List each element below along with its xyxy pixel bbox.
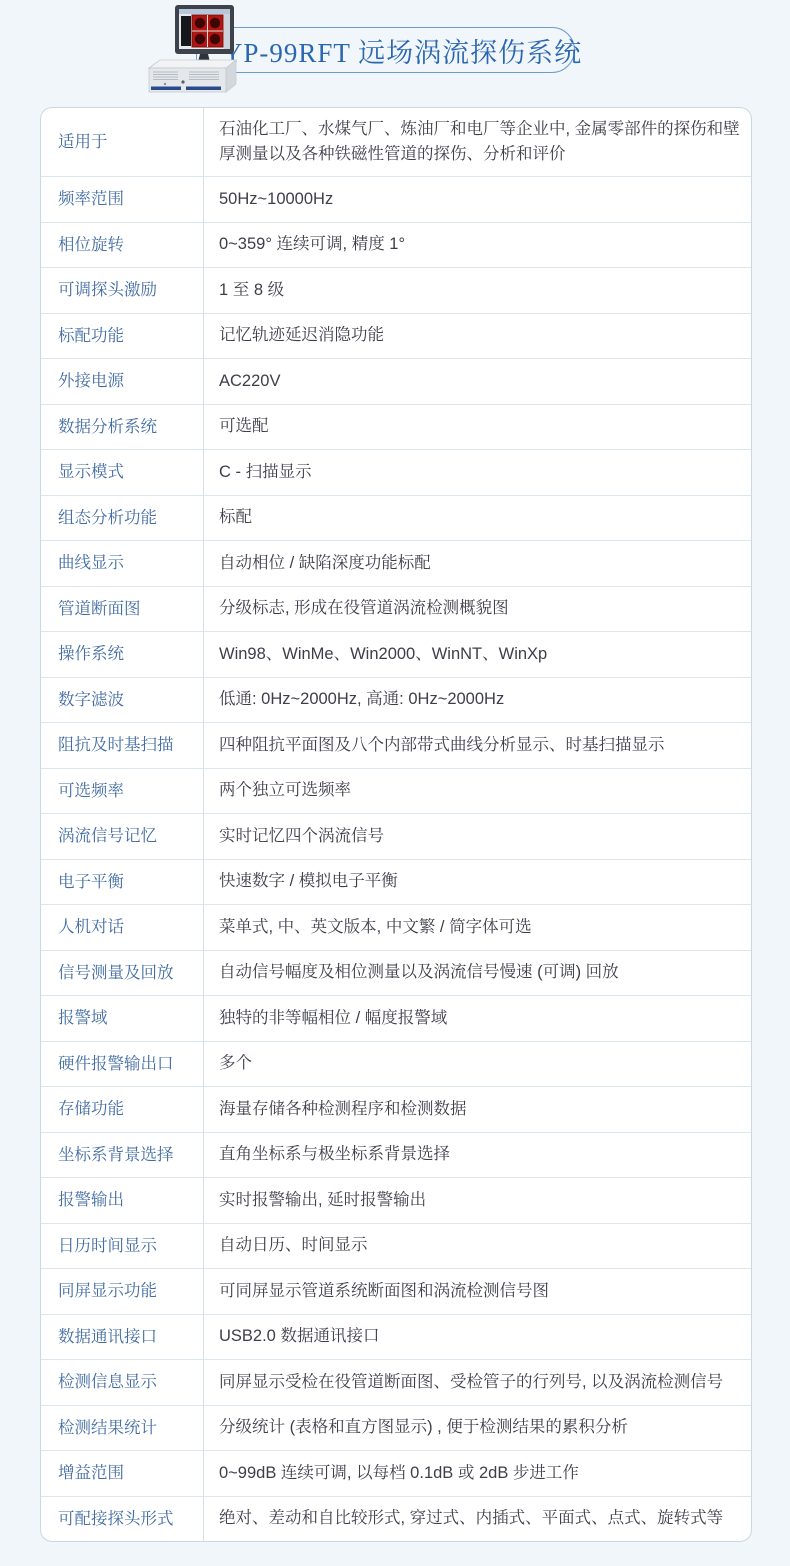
spec-row: 电子平衡快速数字 / 模拟电子平衡 [41, 859, 751, 905]
spec-label: 管道断面图 [41, 587, 204, 632]
spec-label: 相位旋转 [41, 223, 204, 268]
spec-value: 分级统计 (表格和直方图显示) , 便于检测结果的累积分析 [204, 1406, 751, 1451]
spec-label: 日历时间显示 [41, 1224, 204, 1269]
spec-label: 存储功能 [41, 1087, 204, 1132]
spec-value: 石油化工厂、水煤气厂、炼油厂和电厂等企业中, 金属零部件的探伤和壁厚测量以及各种… [204, 108, 751, 176]
spec-label: 曲线显示 [41, 541, 204, 586]
spec-value: 多个 [204, 1042, 751, 1087]
spec-row: 报警域独特的非等幅相位 / 幅度报警域 [41, 995, 751, 1041]
spec-value: 直角坐标系与极坐标系背景选择 [204, 1133, 751, 1178]
spec-row: 报警输出实时报警输出, 延时报警输出 [41, 1177, 751, 1223]
spec-label: 组态分析功能 [41, 496, 204, 541]
spec-row: 曲线显示自动相位 / 缺陷深度功能标配 [41, 540, 751, 586]
spec-row: 检测信息显示同屏显示受检在役管道断面图、受检管子的行列号, 以及涡流检测信号 [41, 1359, 751, 1405]
spec-row: 涡流信号记忆实时记忆四个涡流信号 [41, 813, 751, 859]
spec-row: 增益范围0~99dB 连续可调, 以每档 0.1dB 或 2dB 步进工作 [41, 1450, 751, 1496]
spec-row: 适用于石油化工厂、水煤气厂、炼油厂和电厂等企业中, 金属零部件的探伤和壁厚测量以… [41, 108, 751, 176]
spec-label: 标配功能 [41, 314, 204, 359]
header: YP-99RFT 远场涡流探伤系统 [0, 0, 790, 107]
spec-row: 坐标系背景选择直角坐标系与极坐标系背景选择 [41, 1132, 751, 1178]
spec-label: 数字滤波 [41, 678, 204, 723]
spec-value: 实时报警输出, 延时报警输出 [204, 1178, 751, 1223]
spec-value: 可选配 [204, 405, 751, 450]
spec-value: 分级标志, 形成在役管道涡流检测概貌图 [204, 587, 751, 632]
monitor-icon [175, 5, 234, 65]
spec-row: 可配接探头形式绝对、差动和自比较形式, 穿过式、内插式、平面式、点式、旋转式等 [41, 1496, 751, 1542]
product-spec-page: YP-99RFT 远场涡流探伤系统 [0, 0, 790, 107]
spec-row: 组态分析功能标配 [41, 495, 751, 541]
instrument-device-icon [145, 4, 239, 96]
spec-table: 适用于石油化工厂、水煤气厂、炼油厂和电厂等企业中, 金属零部件的探伤和壁厚测量以… [40, 107, 752, 1542]
spec-label: 可选频率 [41, 769, 204, 814]
spec-label: 检测结果统计 [41, 1406, 204, 1451]
instrument-box-icon [149, 60, 236, 92]
spec-value: 0~99dB 连续可调, 以每档 0.1dB 或 2dB 步进工作 [204, 1451, 751, 1496]
spec-label: 显示模式 [41, 450, 204, 495]
spec-row: 存储功能海量存储各种检测程序和检测数据 [41, 1086, 751, 1132]
spec-value: 低通: 0Hz~2000Hz, 高通: 0Hz~2000Hz [204, 678, 751, 723]
spec-label: 同屏显示功能 [41, 1269, 204, 1314]
spec-label: 操作系统 [41, 632, 204, 677]
spec-row: 阻抗及时基扫描四种阻抗平面图及八个内部带式曲线分析显示、时基扫描显示 [41, 722, 751, 768]
spec-row: 外接电源AC220V [41, 358, 751, 404]
spec-value: Win98、WinMe、Win2000、WinNT、WinXp [204, 632, 751, 677]
spec-label: 数据分析系统 [41, 405, 204, 450]
spec-value: 记忆轨迹延迟消隐功能 [204, 314, 751, 359]
spec-row: 标配功能记忆轨迹延迟消隐功能 [41, 313, 751, 359]
spec-label: 阻抗及时基扫描 [41, 723, 204, 768]
spec-label: 人机对话 [41, 905, 204, 950]
spec-value: 海量存储各种检测程序和检测数据 [204, 1087, 751, 1132]
spec-row: 可调探头激励1 至 8 级 [41, 267, 751, 313]
spec-label: 可配接探头形式 [41, 1497, 204, 1542]
spec-value: 实时记忆四个涡流信号 [204, 814, 751, 859]
spec-label: 频率范围 [41, 177, 204, 222]
spec-label: 坐标系背景选择 [41, 1133, 204, 1178]
spec-row: 数据分析系统可选配 [41, 404, 751, 450]
spec-value: 四种阻抗平面图及八个内部带式曲线分析显示、时基扫描显示 [204, 723, 751, 768]
spec-row: 硬件报警输出口多个 [41, 1041, 751, 1087]
spec-value: 1 至 8 级 [204, 268, 751, 313]
spec-row: 同屏显示功能可同屏显示管道系统断面图和涡流检测信号图 [41, 1268, 751, 1314]
spec-row: 数字滤波低通: 0Hz~2000Hz, 高通: 0Hz~2000Hz [41, 677, 751, 723]
spec-row: 信号测量及回放自动信号幅度及相位测量以及涡流信号慢速 (可调) 回放 [41, 950, 751, 996]
spec-row: 显示模式C - 扫描显示 [41, 449, 751, 495]
spec-label: 涡流信号记忆 [41, 814, 204, 859]
spec-label: 适用于 [41, 108, 204, 176]
spec-value: 同屏显示受检在役管道断面图、受检管子的行列号, 以及涡流检测信号 [204, 1360, 751, 1405]
eddy-current-instrument-illustration [145, 4, 239, 96]
spec-value: 自动相位 / 缺陷深度功能标配 [204, 541, 751, 586]
page-title: YP-99RFT 远场涡流探伤系统 [223, 31, 582, 70]
spec-label: 数据通讯接口 [41, 1315, 204, 1360]
spec-value: 标配 [204, 496, 751, 541]
spec-value: USB2.0 数据通讯接口 [204, 1315, 751, 1360]
spec-row: 相位旋转0~359° 连续可调, 精度 1° [41, 222, 751, 268]
spec-row: 日历时间显示自动日历、时间显示 [41, 1223, 751, 1269]
spec-label: 外接电源 [41, 359, 204, 404]
title-pill: YP-99RFT 远场涡流探伤系统 [196, 27, 575, 73]
spec-value: 自动日历、时间显示 [204, 1224, 751, 1269]
spec-row: 管道断面图分级标志, 形成在役管道涡流检测概貌图 [41, 586, 751, 632]
spec-label: 报警域 [41, 996, 204, 1041]
spec-label: 信号测量及回放 [41, 951, 204, 996]
spec-label: 硬件报警输出口 [41, 1042, 204, 1087]
spec-value: AC220V [204, 359, 751, 404]
spec-value: 自动信号幅度及相位测量以及涡流信号慢速 (可调) 回放 [204, 951, 751, 996]
spec-label: 报警输出 [41, 1178, 204, 1223]
spec-row: 可选频率两个独立可选频率 [41, 768, 751, 814]
spec-row: 人机对话菜单式, 中、英文版本, 中文繁 / 简字体可选 [41, 904, 751, 950]
spec-row: 检测结果统计分级统计 (表格和直方图显示) , 便于检测结果的累积分析 [41, 1405, 751, 1451]
spec-row: 数据通讯接口USB2.0 数据通讯接口 [41, 1314, 751, 1360]
spec-label: 增益范围 [41, 1451, 204, 1496]
spec-value: 快速数字 / 模拟电子平衡 [204, 860, 751, 905]
spec-value: 0~359° 连续可调, 精度 1° [204, 223, 751, 268]
spec-row: 频率范围50Hz~10000Hz [41, 176, 751, 222]
spec-label: 电子平衡 [41, 860, 204, 905]
spec-value: 绝对、差动和自比较形式, 穿过式、内插式、平面式、点式、旋转式等 [204, 1497, 751, 1542]
spec-row: 操作系统Win98、WinMe、Win2000、WinNT、WinXp [41, 631, 751, 677]
spec-value: 两个独立可选频率 [204, 769, 751, 814]
spec-value: 可同屏显示管道系统断面图和涡流检测信号图 [204, 1269, 751, 1314]
spec-value: C - 扫描显示 [204, 450, 751, 495]
spec-value: 50Hz~10000Hz [204, 177, 751, 222]
spec-value: 菜单式, 中、英文版本, 中文繁 / 简字体可选 [204, 905, 751, 950]
spec-value: 独特的非等幅相位 / 幅度报警域 [204, 996, 751, 1041]
spec-label: 检测信息显示 [41, 1360, 204, 1405]
spec-label: 可调探头激励 [41, 268, 204, 313]
